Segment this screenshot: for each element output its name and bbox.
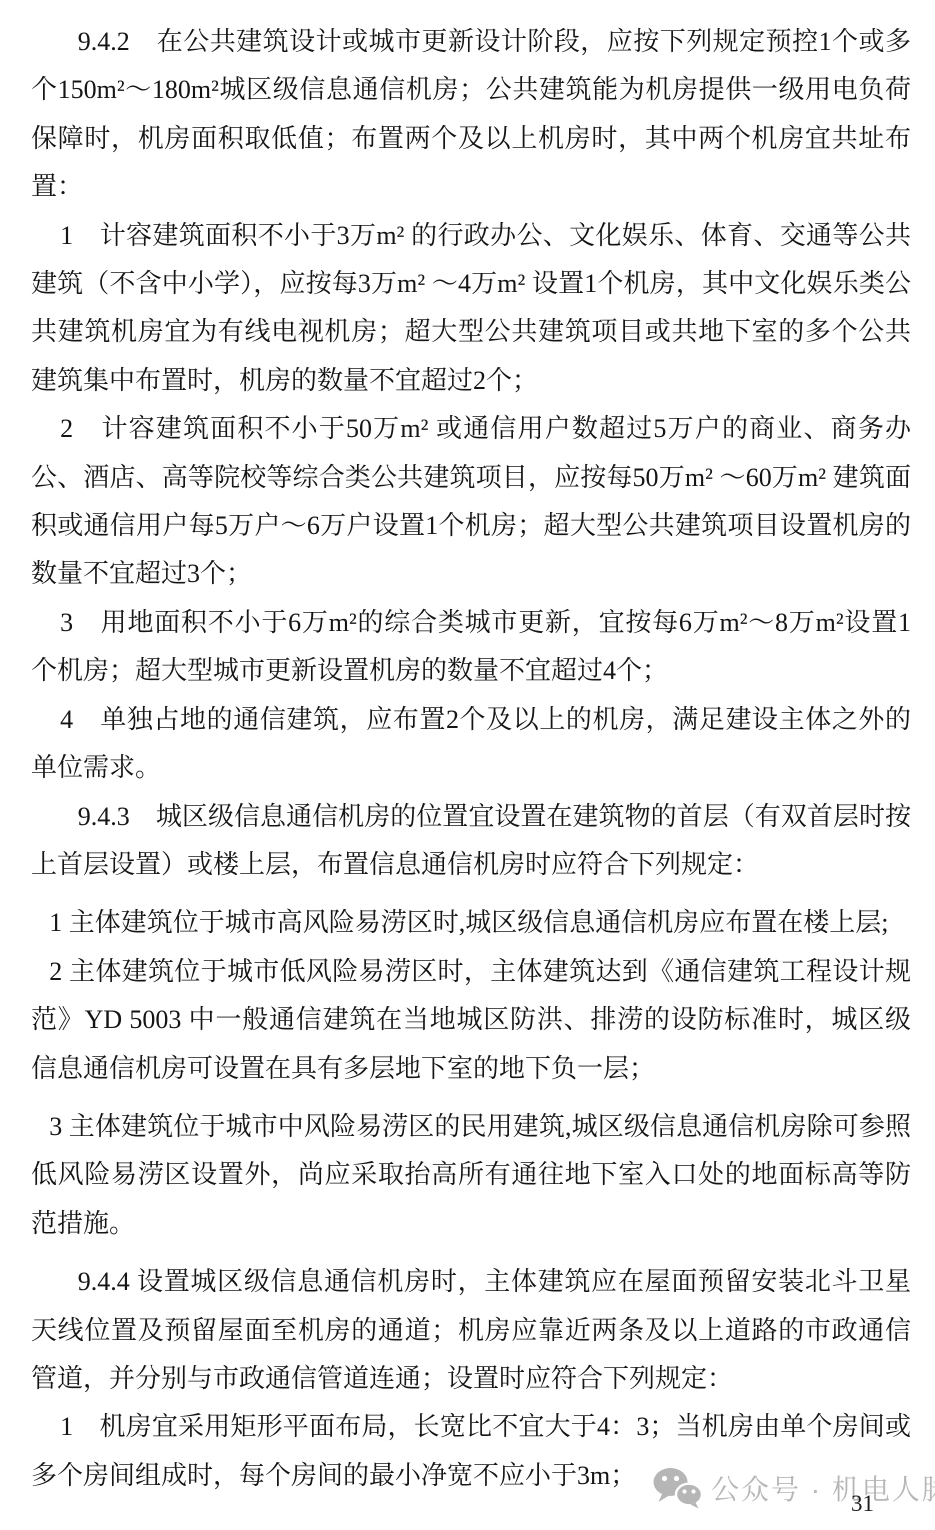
paragraph: 3 用地面积不小于6万m²的综合类城市更新，宜按每6万m²～8万m²设置1个机房… [31,599,911,696]
wechat-icon [652,1467,702,1509]
watermark: 公众号 · 机电人脉 [652,1466,935,1510]
paragraph: 9.4.2 在公共建筑设计或城市更新设计阶段，应按下列规定预控1个或多个150m… [31,18,911,212]
paragraph: 3 主体建筑位于城市中风险易涝区的民用建筑,城区级信息通信机房除可参照低风险易涝… [31,1103,911,1248]
document-body: 9.4.2 在公共建筑设计或城市更新设计阶段，应按下列规定预控1个或多个150m… [0,0,935,1500]
paragraph: 2 主体建筑位于城市低风险易涝区时，主体建筑达到《通信建筑工程设计规范》YD 5… [31,948,911,1093]
paragraph: 9.4.4 设置城区级信息通信机房时，主体建筑应在屋面预留安装北斗卫星天线位置及… [31,1258,911,1403]
watermark-text: 公众号 · 机电人脉 [711,1468,935,1508]
paragraph: 2 计容建筑面积不小于50万m² 或通信用户数超过5万户的商业、商务办公、酒店、… [31,405,911,599]
paragraph: 1 主体建筑位于城市高风险易涝区时,城区级信息通信机房应布置在楼上层; [31,899,911,947]
paragraph: 9.4.3 城区级信息通信机房的位置宜设置在建筑物的首层（有双首层时按上首层设置… [31,793,911,890]
page-number: 31 [851,1491,874,1517]
paragraph: 4 单独占地的通信建筑，应布置2个及以上的机房，满足建设主体之外的单位需求。 [31,696,911,793]
paragraph: 1 计容建筑面积不小于3万m² 的行政办公、文化娱乐、体育、交通等公共建筑（不含… [31,212,911,406]
